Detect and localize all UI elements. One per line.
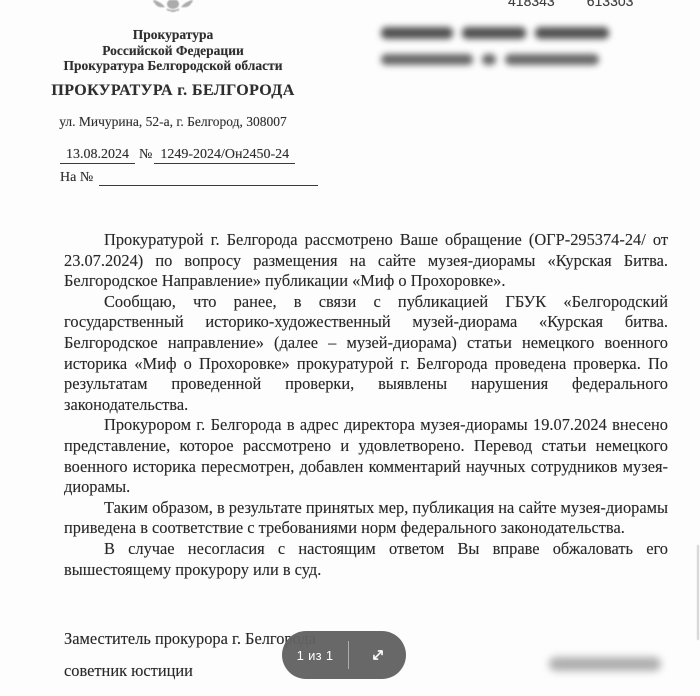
blurred-recipient-email [381,54,599,65]
signature-position-line1: Заместитель прокурора г. Белгорода [64,629,316,649]
blur-blob [482,54,496,65]
paragraph-1: Прокуратурой г. Белгорода рассмотрено Ва… [64,230,668,292]
number-sign: № [139,147,152,162]
blurred-recipient-name [381,27,609,39]
scan-corner-numbers: 418343 613303 [508,0,633,9]
org-title: ПРОКУРАТУРА г. БЕЛГОРОДА [38,82,308,100]
page-viewer-toolbar: 1 из 1 [282,631,406,679]
blur-blob [535,27,609,39]
scan-edge-artifact [697,545,699,640]
paragraph-3: Прокурором г. Белгорода в адрес директор… [64,415,668,497]
reply-to-label: На № [60,170,93,186]
reply-to-blank-line [99,171,318,186]
russia-coat-of-arms-emblem [151,0,195,16]
letter-date: 13.08.2024 [60,147,135,164]
org-name-line3: Прокуратура Белгородской области [38,58,308,74]
paragraph-5: В случае несогласия с настоящим ответом … [64,539,668,580]
reply-to-row: На № [38,170,308,186]
blur-blob [381,54,473,65]
scan-number-left: 418343 [508,0,555,9]
letter-body: Прокуратурой г. Белгорода рассмотрено Ва… [64,230,668,580]
org-name-line2: Российской Федерации [38,43,308,59]
date-and-number-row: 13.08.2024№1249-2024/Он2450-24 [38,147,308,163]
paragraph-2: Сообщаю, что ранее, в связи с публикацие… [64,292,668,416]
scan-number-right: 613303 [587,0,634,9]
signature-position-line2: советник юстиции [64,661,193,681]
expand-button[interactable] [349,631,406,679]
paragraph-4: Таким образом, в результате принятых мер… [64,498,668,539]
org-name-line1: Прокуратура [38,27,308,43]
org-address: ул. Мичурина, 52-а, г. Белгород, 308007 [38,114,308,130]
blurred-signature-name [549,657,661,671]
expand-diagonal-arrow-icon [369,646,387,664]
letter-number: 1249-2024/Он2450-24 [154,147,295,164]
blur-blob [505,54,599,65]
scanned-letter-page: 418343 613303 Прокуратура Российской Фед… [0,0,700,696]
blur-blob [381,27,453,39]
page-indicator: 1 из 1 [282,648,348,663]
blur-blob [462,27,526,39]
letterhead: Прокуратура Российской Федерации Прокура… [38,0,308,186]
